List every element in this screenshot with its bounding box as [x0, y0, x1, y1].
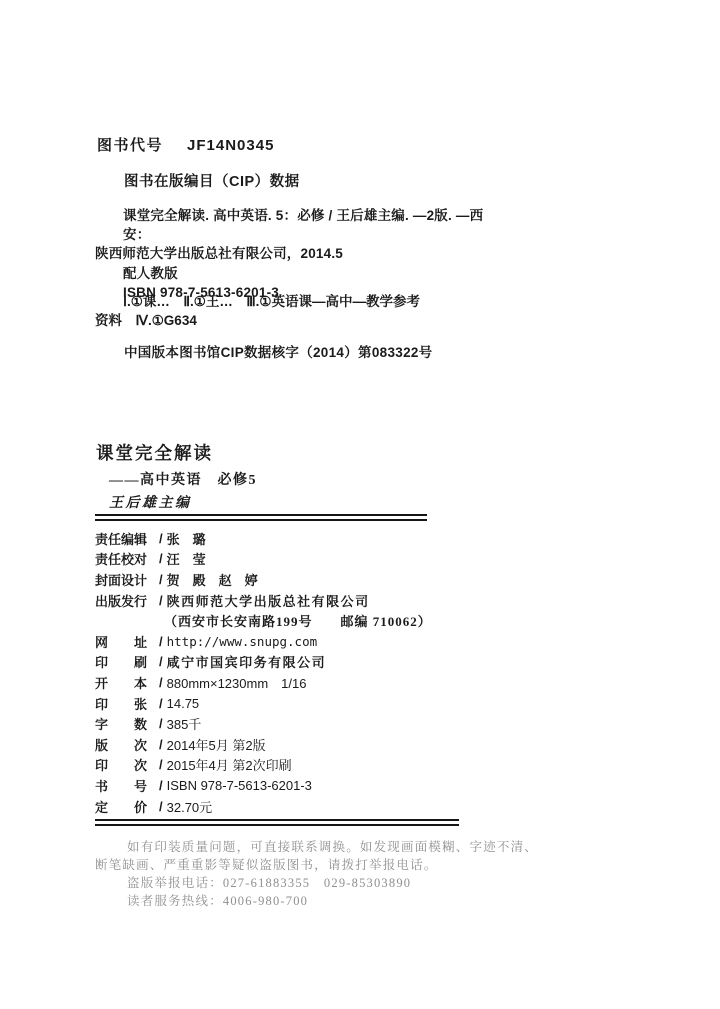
book-code-value: JF14N0345: [187, 137, 274, 154]
colophon-value: 2015年4月 第2次印刷: [167, 755, 292, 774]
separator-slash: /: [159, 675, 163, 690]
book-code-row: 图书代号JF14N0345: [97, 134, 274, 155]
colophon-value: 陕西师范大学出版总社有限公司: [167, 591, 370, 610]
colophon-label: 字 数: [95, 714, 157, 733]
colophon-row-editor: 责任编辑/张 璐: [95, 528, 475, 549]
cip-line: 陕西师范大学出版总社有限公司，2014.5: [95, 244, 495, 263]
cip-record-number: 中国版本图书馆CIP数据核字（2014）第083322号: [124, 341, 432, 361]
colophon-value: 32.70元: [167, 797, 213, 816]
separator-slash: /: [159, 551, 163, 566]
colophon-value: 汪 莹: [167, 549, 206, 568]
colophon-value: 2014年5月 第2版: [167, 735, 266, 754]
publisher-address: （西安市长安南路199号 邮编 710062）: [164, 611, 432, 630]
colophon-row-isbn: 书 号/ISBN 978-7-5613-6201-3: [95, 775, 475, 796]
book-subtitle: ——高中英语 必修5: [109, 469, 257, 489]
colophon-label: 封面设计: [95, 570, 157, 589]
colophon-list: 责任编辑/张 璐 责任校对/汪 莹 封面设计/贺 殿 赵 婷 出版发行/陕西师范…: [95, 528, 475, 816]
notice-line: 如有印装质量问题，可直接联系调换。如发现画面模糊、字迹不清、: [95, 838, 640, 856]
separator-slash: /: [159, 654, 163, 669]
colophon-value: ISBN 978-7-5613-6201-3: [167, 778, 312, 793]
cip-description: 课堂完全解读. 高中英语. 5：必修 / 王后雄主编. —2版. —西安： 陕西…: [95, 206, 495, 302]
colophon-label: 印 刷: [95, 652, 157, 671]
colophon-row-proofreader: 责任校对/汪 莹: [95, 549, 475, 570]
separator-slash: /: [159, 799, 163, 814]
colophon-value: 贺 殿 赵 婷: [167, 570, 258, 589]
piracy-notice: 如有印装质量问题，可直接联系调换。如发现画面模糊、字迹不清、 断笔缺画、严重重影…: [95, 838, 640, 910]
colophon-label: 书 号: [95, 776, 157, 795]
cip-class-line: 资料 Ⅳ.①G634: [95, 311, 495, 330]
colophon-value: 14.75: [167, 696, 200, 711]
book-editor: 王后雄主编: [109, 492, 192, 512]
separator-slash: /: [159, 696, 163, 711]
colophon-row-website: 网 址/http://www.snupg.com: [95, 631, 475, 652]
notice-line-service-hotline: 读者服务热线：4006-980-700: [95, 892, 640, 910]
colophon-row-format: 开 本/880mm×1230mm 1/16: [95, 672, 475, 693]
cip-class-line: Ⅰ.①课… Ⅱ.①王… Ⅲ.①英语课—高中—教学参考: [95, 292, 495, 311]
colophon-row-cover-design: 封面设计/贺 殿 赵 婷: [95, 569, 475, 590]
double-rule-top: [95, 514, 427, 521]
separator-slash: /: [159, 634, 163, 649]
book-title: 课堂完全解读: [96, 440, 213, 465]
separator-slash: /: [159, 593, 163, 608]
cip-line: 课堂完全解读. 高中英语. 5：必修 / 王后雄主编. —2版. —西安：: [95, 206, 495, 244]
colophon-row-printer: 印 刷/咸宁市国宾印务有限公司: [95, 652, 475, 673]
book-code-label: 图书代号: [97, 137, 163, 154]
colophon-label: 责任校对: [95, 549, 157, 568]
notice-line-report-phone: 盗版举报电话：027-61883355 029-85303890: [95, 874, 640, 892]
book-copyright-page: 图书代号JF14N0345 图书在版编目（CIP）数据 课堂完全解读. 高中英语…: [0, 0, 720, 1009]
colophon-row-address: （西安市长安南路199号 邮编 710062）: [95, 610, 475, 631]
colophon-label: 出版发行: [95, 591, 157, 610]
separator-slash: /: [159, 716, 163, 731]
colophon-value: 张 璐: [167, 529, 206, 548]
notice-line: 断笔缺画、严重重影等疑似盗版图书，请拨打举报电话。: [95, 856, 640, 874]
separator-slash: /: [159, 531, 163, 546]
colophon-label: 版 次: [95, 735, 157, 754]
separator-slash: /: [159, 757, 163, 772]
colophon-row-sheets: 印 张/14.75: [95, 693, 475, 714]
colophon-row-publisher: 出版发行/陕西师范大学出版总社有限公司: [95, 590, 475, 611]
colophon-label: 网 址: [95, 632, 157, 651]
colophon-value: 880mm×1230mm 1/16: [167, 673, 307, 692]
cip-line: 配人教版: [95, 264, 495, 283]
colophon-row-impression: 印 次/2015年4月 第2次印刷: [95, 755, 475, 776]
colophon-label: 责任编辑: [95, 529, 157, 548]
separator-slash: /: [159, 572, 163, 587]
separator-slash: /: [159, 737, 163, 752]
colophon-label: 定 价: [95, 797, 157, 816]
colophon-label: 印 次: [95, 755, 157, 774]
colophon-row-wordcount: 字 数/385千: [95, 713, 475, 734]
colophon-value: 385千: [167, 714, 202, 733]
double-rule-bottom: [95, 819, 459, 826]
cip-section-title: 图书在版编目（CIP）数据: [124, 170, 300, 191]
colophon-label: 印 张: [95, 694, 157, 713]
colophon-value: 咸宁市国宾印务有限公司: [167, 652, 327, 671]
colophon-row-edition: 版 次/2014年5月 第2版: [95, 734, 475, 755]
colophon-value: http://www.snupg.com: [167, 634, 318, 649]
colophon-label: 开 本: [95, 673, 157, 692]
colophon-row-price: 定 价/32.70元: [95, 796, 475, 817]
cip-classification: Ⅰ.①课… Ⅱ.①王… Ⅲ.①英语课—高中—教学参考 资料 Ⅳ.①G634: [95, 292, 495, 330]
separator-slash: /: [159, 778, 163, 793]
